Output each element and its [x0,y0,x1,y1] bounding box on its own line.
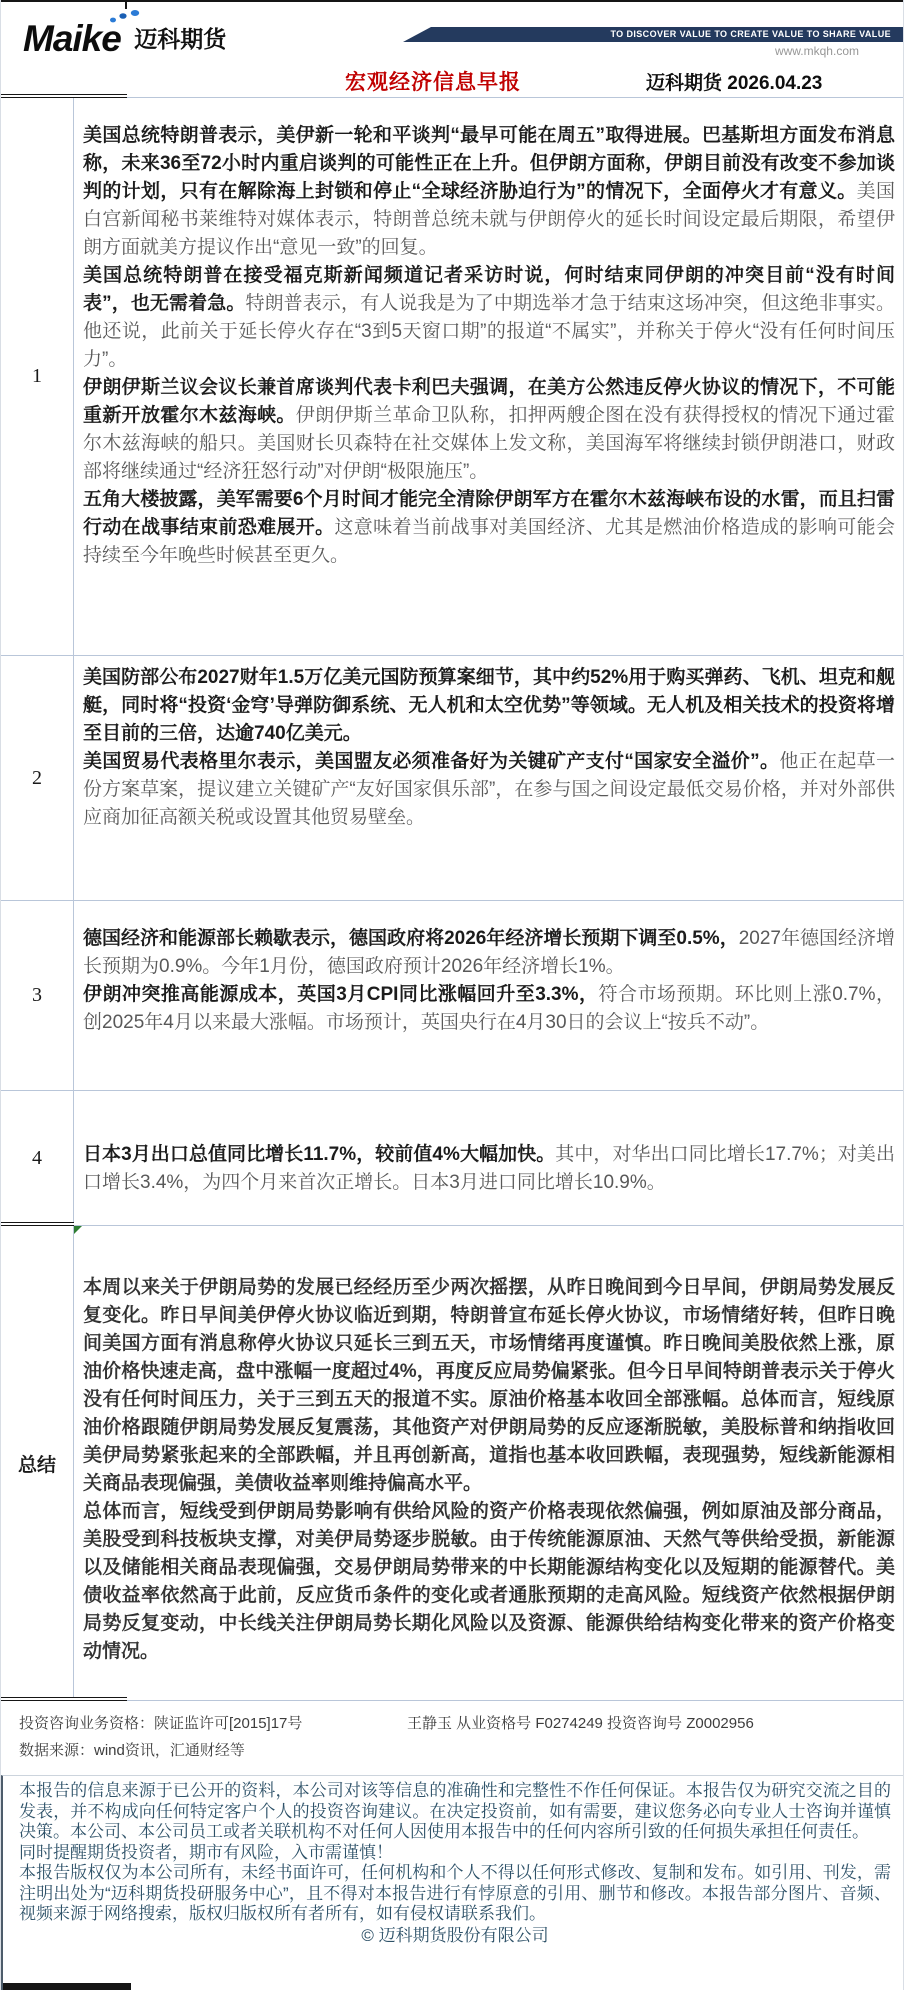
top-border-line [1,0,904,2]
disclaimer-section: 本报告的信息来源于已公开的资料，本公司对该等信息的准确性和完整性不作任何保证。本… [1,1775,904,1990]
double-line-separator [1,1222,74,1226]
footer-info: 投资咨询业务资格：陕证监许可[2015]17号王静玉 从业资格号 F027424… [1,1700,904,1775]
double-line-separator [1,94,127,98]
disclaimer-paragraph: 同时提醒期货投资者，期市有风险，入市需谨慎！ [19,1843,891,1864]
row-content: 美国防部公布2027财年1.5万亿美元国防预算案细节，其中约52%用于购买弹药、… [74,656,904,900]
row-number: 4 [1,1091,74,1225]
news-paragraph: 总体而言，短线受到伊朗局势影响有供给风险的资产价格表现依然偏强，例如原油及部分商… [83,1498,895,1666]
row-content: 日本3月出口总值同比增长11.7%，较前值4%大幅加快。其中，对华出口同比增长1… [74,1091,904,1225]
report-page: Maike 迈科期货 TO DISCOVER VALUE TO CREATE V… [0,0,904,1990]
report-title: 宏观经济信息早报 [345,66,521,96]
row-content: 本周以来关于伊朗局势的发展已经经历至少两次摇摆，从昨日晚间到今日早间，伊朗局势发… [74,1226,904,1700]
disclaimer-paragraph: 本报告的信息来源于已公开的资料，本公司对该等信息的准确性和完整性不作任何保证。本… [19,1781,891,1843]
row-number: 总结 [1,1226,74,1700]
data-source: 数据来源：wind资讯，汇通财经等 [19,1739,895,1762]
table-row: 3德国经济和能源部长赖歇表示，德国政府将2026年经济增长预期下调至0.5%，2… [1,901,904,1091]
cell-corner-flag-icon [74,1226,82,1234]
news-paragraph: 美国防部公布2027财年1.5万亿美元国防预算案细节，其中约52%用于购买弹药、… [83,664,895,748]
table-row: 总结本周以来关于伊朗局势的发展已经经历至少两次摇摆，从昨日晚间到今日早间，伊朗局… [1,1226,904,1701]
copyright-line: © 迈科期货股份有限公司 [19,1926,891,1947]
news-paragraph: 伊朗冲突推高能源成本，英国3月CPI同比涨幅回升至3.3%，符合市场预期。环比则… [83,981,895,1037]
news-paragraph: 伊朗伊斯兰议会议长兼首席谈判代表卡利巴夫强调，在美方公然违反停火协议的情况下，不… [83,374,895,486]
news-paragraph: 本周以来关于伊朗局势的发展已经经历至少两次摇摆，从昨日晚间到今日早间，伊朗局势发… [83,1274,895,1498]
news-paragraph: 美国总统特朗普表示，美伊新一轮和平谈判“最早可能在周五”取得进展。巴基斯坦方面发… [83,122,895,262]
disclaimer-text: 本报告的信息来源于已公开的资料，本公司对该等信息的准确性和完整性不作任何保证。本… [19,1781,891,1925]
row-content: 美国总统特朗普表示，美伊新一轮和平谈判“最早可能在周五”取得进展。巴基斯坦方面发… [74,98,904,655]
logo-chinese-name: 迈科期货 [134,26,226,52]
news-paragraph: 美国贸易代表格里尔表示，美国盟友必须准备好为关键矿产支付“国家安全溢价”。他正在… [83,748,895,832]
website-url: www.mkqh.com [775,44,859,58]
news-paragraph: 五角大楼披露，美军需要6个月时间才能完全清除伊朗军方在霍尔木兹海峡布设的水雷，而… [83,486,895,570]
disclaimer-paragraph: 本报告版权仅为本公司所有，未经书面许可，任何机构和个人不得以任何形式修改、复制和… [19,1863,891,1925]
table-row: 1美国总统特朗普表示，美伊新一轮和平谈判“最早可能在周五”取得进展。巴基斯坦方面… [1,98,904,656]
news-paragraph: 美国总统特朗普在接受福克斯新闻频道记者采访时说，何时结束同伊朗的冲突目前“没有时… [83,262,895,374]
report-table: 1美国总统特朗普表示，美伊新一轮和平谈判“最早可能在周五”取得进展。巴基斯坦方面… [1,97,904,1701]
row-number: 3 [1,901,74,1090]
row-number: 1 [1,98,74,655]
news-paragraph: 德国经济和能源部长赖歇表示，德国政府将2026年经济增长预期下调至0.5%，20… [83,925,895,981]
title-bar: 宏观经济信息早报 迈科期货 2026.04.23 [1,60,904,97]
analyst-credentials: 王静玉 从业资格号 F0274249 投资咨询号 Z0002956 [407,1715,754,1732]
row-content: 德国经济和能源部长赖歇表示，德国政府将2026年经济增长预期下调至0.5%，20… [74,901,904,1090]
pane-tick-mark [125,0,127,9]
business-qualification: 投资咨询业务资格：陕证监许可[2015]17号 [19,1712,407,1735]
news-paragraph: 日本3月出口总值同比增长11.7%，较前值4%大幅加快。其中，对华出口同比增长1… [83,1141,895,1197]
table-row: 4日本3月出口总值同比增长11.7%，较前值4%大幅加快。其中，对华出口同比增长… [1,1091,904,1226]
slogan-banner: TO DISCOVER VALUE TO CREATE VALUE TO SHA… [403,27,903,42]
company-logo: Maike 迈科期货 [23,18,226,60]
table-row: 2美国防部公布2027财年1.5万亿美元国防预算案细节，其中约52%用于购买弹药… [1,656,904,901]
brand-and-date: 迈科期货 2026.04.23 [646,68,822,95]
row-number: 2 [1,656,74,900]
footer-line1: 投资咨询业务资格：陕证监许可[2015]17号王静玉 从业资格号 F027424… [19,1712,895,1735]
